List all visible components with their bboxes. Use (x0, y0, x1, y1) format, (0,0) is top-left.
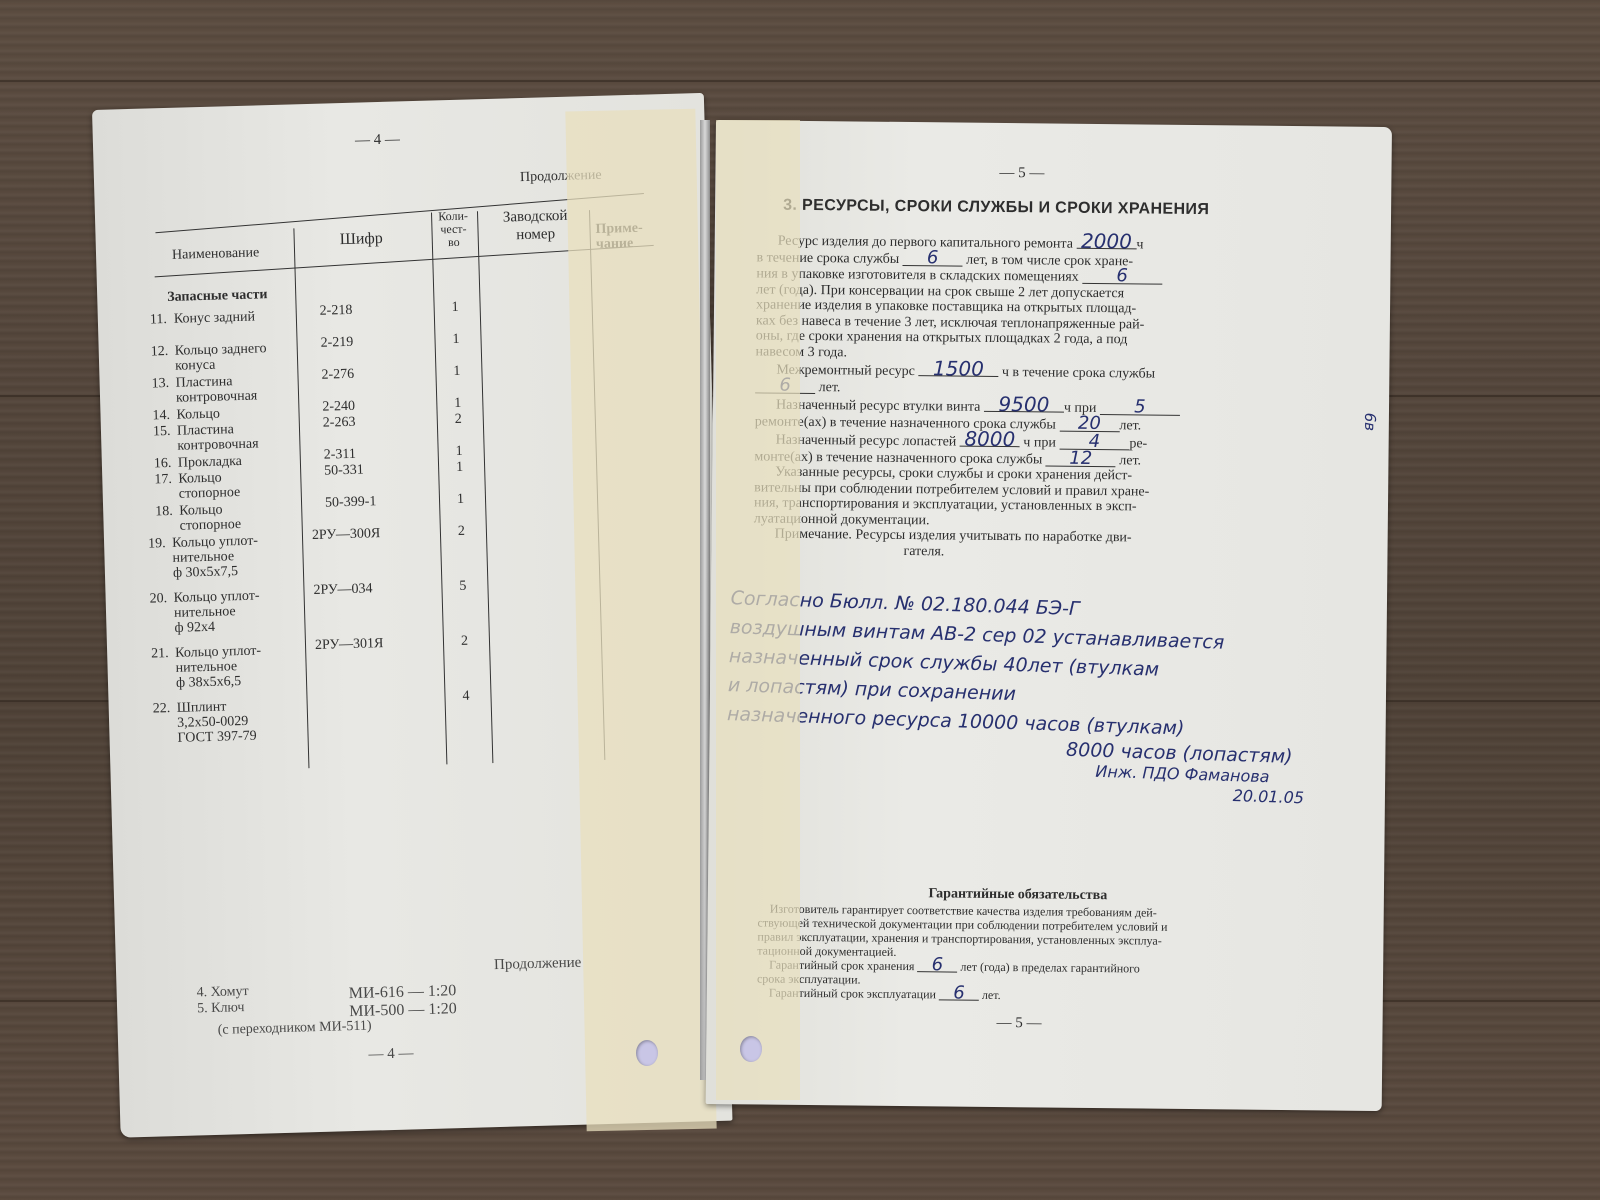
page-number-top: — 4 — (355, 131, 400, 149)
spare-parts-table: Наименование Шифр Коли- чест- во Заводск… (92, 93, 704, 110)
field-overhaul-resource: 2000 (1076, 234, 1136, 250)
part-code: 2-311 (324, 447, 357, 463)
part-name: Конус задний (174, 310, 256, 327)
part-code: 2РУ—300Я (312, 526, 381, 543)
right-page: — 5 — 3. РЕСУРСЫ, СРОКИ СЛУЖБЫ И СРОКИ Х… (706, 120, 1392, 1111)
section-title: 3. РЕСУРСЫ, СРОКИ СЛУЖБЫ И СРОКИ ХРАНЕНИ… (783, 197, 1209, 219)
part-code: 2РУ—034 (313, 581, 372, 598)
warranty-section: Гарантийные обязательства Изготовитель г… (757, 885, 1278, 1004)
field-hub-life: 20 (1059, 416, 1119, 432)
part-code: 50-331 (324, 463, 364, 479)
part-name: Кольцо (176, 407, 220, 423)
part-quantity: 1 (453, 364, 460, 379)
part-code: 2-219 (320, 335, 353, 351)
part-quantity: 5 (459, 579, 466, 594)
field-hub-resource: 9500 (984, 397, 1064, 413)
page-number-top: — 5 — (999, 165, 1044, 182)
binding-hole-right (740, 1036, 762, 1062)
part-quantity: 1 (456, 460, 463, 475)
part-quantity: 1 (452, 332, 459, 347)
part-name: Кольцостопорное (178, 470, 240, 502)
part-name: Пластинаконтровочная (177, 421, 259, 453)
part-code: 2-276 (321, 367, 354, 383)
handwritten-note: Согласно Бюлл. № 02.180.044 БЭ-Гвоздушны… (725, 584, 1310, 807)
part-code: 2-263 (323, 415, 356, 431)
part-name: Прокладка (178, 454, 242, 471)
part-quantity: 1 (451, 300, 458, 315)
part-name: Кольцо уплот-нительноеф 38х5х6,5 (175, 643, 262, 690)
part-code: 2РУ—301Я (315, 636, 384, 653)
part-quantity: 2 (458, 524, 465, 539)
part-quantity: 2 (455, 412, 462, 427)
margin-mark: 6в (1361, 413, 1379, 432)
page-number-bottom: — 5 — (996, 1015, 1041, 1032)
repair-tape-right (716, 120, 800, 1100)
binding-hole-left (636, 1040, 658, 1066)
field-warranty-storage: 6 (917, 959, 957, 972)
part-quantity: 2 (461, 634, 468, 649)
table-rows: 11.Конус задний2-218112.Кольцо заднегоко… (92, 93, 704, 110)
resources-text: Ресурс изделия до первого капитального р… (753, 230, 1276, 562)
part-quantity: 4 (462, 689, 469, 704)
header-code: Шифр (339, 230, 383, 249)
field-blade-life: 12 (1046, 451, 1116, 467)
header-name: Наименование (172, 245, 260, 263)
field-warranty-operation: 6 (939, 987, 979, 1000)
field-service-life: 6 (903, 250, 963, 266)
part-name: Шплинт3,2х50-0029ГОСТ 397-79 (177, 699, 257, 746)
part-quantity: 1 (455, 444, 462, 459)
part-name: Кольцо заднегоконуса (175, 341, 268, 374)
field-hub-repairs: 5 (1100, 400, 1180, 416)
field-blade-resource: 8000 (960, 432, 1020, 448)
part-name: Кольцо уплот-нительноеф 92х4 (173, 589, 260, 636)
part-name: Кольцостопорное (179, 502, 241, 534)
part-name: Кольцо уплот-нительноеф 30х5х7,5 (172, 534, 259, 581)
header-qty: Коли- чест- во (433, 209, 474, 249)
part-code: 50-399-1 (325, 494, 377, 510)
field-interrepair-resource: 1500 (918, 361, 998, 377)
part-quantity: 1 (454, 396, 461, 411)
part-code: 2-240 (322, 399, 355, 415)
part-quantity: 1 (457, 492, 464, 507)
field-storage-life: 6 (1082, 269, 1162, 285)
repair-tape-left (565, 109, 716, 1131)
section-spare-parts: Запасные части (167, 287, 268, 306)
part-code: 2-218 (319, 303, 352, 319)
part-name: Пластинаконтровочная (175, 374, 257, 406)
